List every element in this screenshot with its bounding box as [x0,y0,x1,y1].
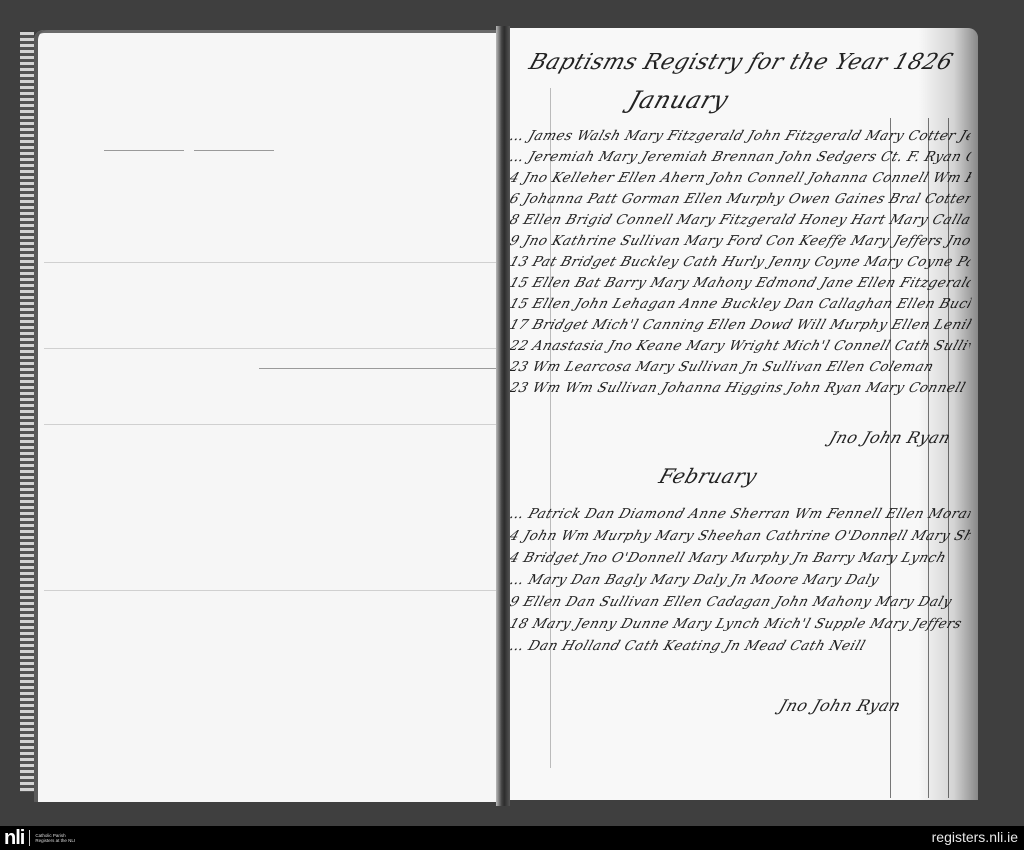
register-entry: 15 Ellen John Lehagan Anne Buckley Dan C… [510,296,973,312]
nli-logo-mark: nli [4,829,24,847]
priest-signature: Jno John Ryan [777,696,904,715]
month-heading-february: February [656,464,760,488]
register-entry: … Patrick Dan Diamond Anne Sherran Wm Fe… [510,506,973,522]
binding-edge [20,32,34,792]
site-link[interactable]: registers.nli.ie [932,829,1018,845]
register-title: Baptisms Registry for the Year 1826 [526,50,956,75]
page-edge-shadow [918,28,978,800]
register-entry: 6 Johanna Patt Gorman Ellen Murphy Owen … [510,191,973,207]
register-entry: 15 Ellen Bat Barry Mary Mahony Edmond Ja… [510,275,973,291]
logo-text: Catholic Parish Registers at the NLI [35,833,75,843]
register-entry: 17 Bridget Mich'l Canning Ellen Dowd Wil… [510,317,973,333]
book-gutter [496,26,510,806]
register-entry: … Dan Holland Cath Keating Jn Mead Cath … [510,638,973,654]
register-entry: 4 Jno Kelleher Ellen Ahern John Connell … [510,170,973,186]
nli-logo[interactable]: nli Catholic Parish Registers at the NLI [4,829,75,847]
month-heading-january: January [625,86,732,114]
register-entry: 9 Jno Kathrine Sullivan Mary Ford Con Ke… [510,233,973,249]
register-entry: 8 Ellen Brigid Connell Mary Fitzgerald H… [510,212,973,228]
register-entry: 18 Mary Jenny Dunne Mary Lynch Mich'l Su… [510,616,973,632]
image-viewer[interactable]: Baptisms Registry for the Year 1826 Janu… [0,0,1024,826]
register-entry: 9 Ellen Dan Sullivan Ellen Cadagan John … [510,594,973,610]
left-page [34,30,506,802]
register-entry: 23 Wm Wm Sullivan Johanna Higgins John R… [510,380,973,396]
logo-divider [29,830,30,846]
footer-bar: nli Catholic Parish Registers at the NLI… [0,826,1024,850]
register-entry: 13 Pat Bridget Buckley Cath Hurly Jenny … [510,254,973,270]
right-page: Baptisms Registry for the Year 1826 Janu… [510,28,978,800]
register-entry: … Jeremiah Mary Jeremiah Brennan John Se… [510,149,973,165]
register-entry: 22 Anastasia Jno Keane Mary Wright Mich'… [510,338,973,354]
register-entry: … James Walsh Mary Fitzgerald John Fitzg… [510,128,973,144]
register-entry: 23 Wm Learcosa Mary Sullivan Jn Sullivan… [510,359,973,375]
register-entry: 4 John Wm Murphy Mary Sheehan Cathrine O… [510,528,973,544]
register-entry: 4 Bridget Jno O'Donnell Mary Murphy Jn B… [510,550,973,566]
register-entry: … Mary Dan Bagly Mary Daly Jn Moore Mary… [510,572,973,588]
